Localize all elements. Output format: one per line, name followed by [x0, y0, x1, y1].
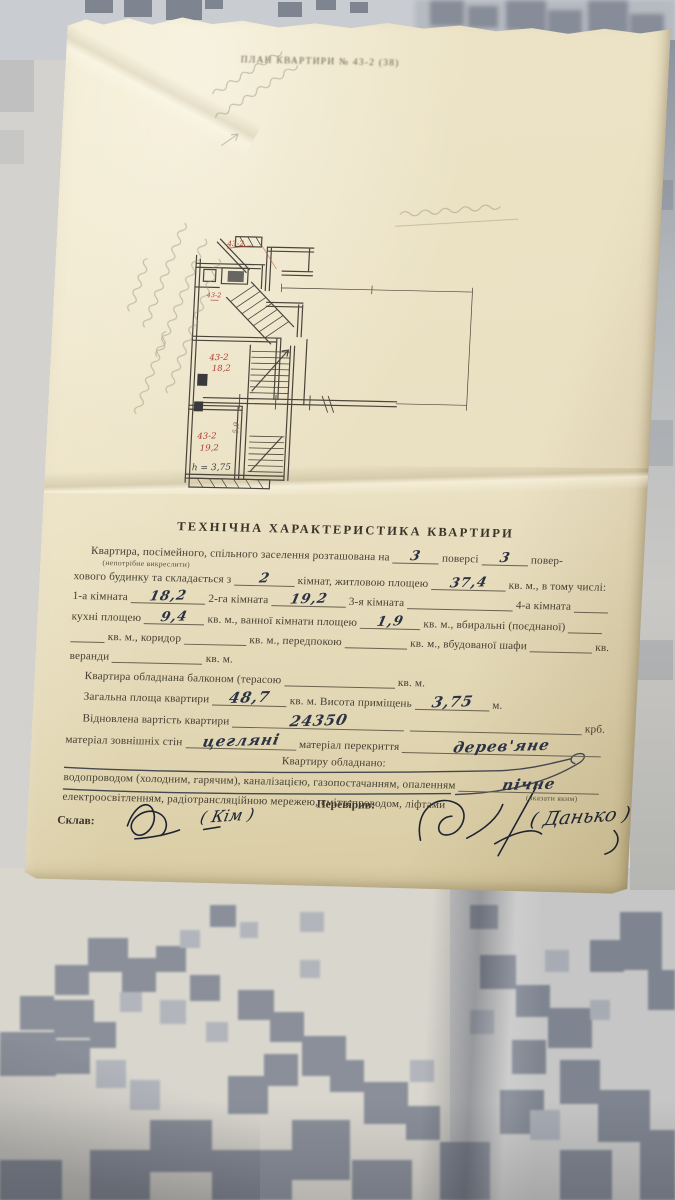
fill-blank: 48,7: [212, 692, 287, 707]
handwritten-value: 1,9: [375, 613, 405, 630]
handwritten-value: 37,4: [448, 574, 489, 591]
printed-text: Квартиру обладнано:: [282, 755, 387, 769]
printed-text: матеріал зовнішніх стін: [65, 734, 183, 748]
handwritten-value: 24350: [288, 711, 349, 731]
handwritten-value: пічне: [501, 775, 558, 794]
printed-text: веранди: [69, 650, 109, 663]
printed-text: крб.: [585, 723, 606, 735]
handwritten-value: 9,4: [159, 609, 189, 626]
checked-by-label: Перевірив:: [316, 798, 375, 811]
fill-blank: 3,75: [415, 696, 490, 711]
paper-sheet: ПЛАН КВАРТИРИ № 43-2 (38): [24, 14, 671, 894]
pencil-margin-note: [121, 46, 526, 423]
fill-blank: 3: [392, 550, 439, 565]
handwritten-value: 3,75: [430, 692, 475, 711]
printed-text: матеріал перекриття: [299, 739, 400, 753]
handwritten-value: 2: [258, 570, 272, 586]
handwritten-value: 3: [498, 550, 512, 566]
printed-text: кв. м., вбудованої шафи: [410, 638, 527, 652]
fill-blank: [568, 620, 603, 635]
fill-blank: 9,4: [144, 610, 205, 625]
fill-blank: [112, 649, 203, 665]
printed-text: кв.: [595, 642, 610, 654]
fill-blank: [407, 595, 513, 611]
fill-blank: 18,2: [131, 589, 206, 604]
printed-text: поверсі: [442, 553, 479, 566]
printed-text: м.: [492, 700, 503, 712]
printed-text: кв. м., передпокою: [249, 634, 342, 648]
fill-blank: 3: [481, 552, 528, 567]
fill-blank: [70, 628, 105, 643]
handwritten-value: 19,2: [288, 591, 329, 608]
fill-blank: 37,4: [431, 576, 506, 591]
fill-blank: 19,2: [271, 592, 346, 607]
form-footnote: (непотрібне викреслити): [102, 558, 190, 569]
fill-blank: [284, 673, 395, 689]
fill-blank: [345, 634, 408, 649]
fill-blank: цегляні: [185, 734, 296, 750]
fill-blank: [574, 599, 609, 614]
handwritten-value: цегляні: [200, 731, 281, 751]
fill-blank: 1,9: [360, 615, 421, 630]
printed-text: 3-я кімната: [349, 596, 405, 609]
printed-text: кв. м., коридор: [108, 631, 182, 644]
printed-text: повер-: [531, 555, 564, 568]
printed-text: 2-га кімната: [208, 593, 269, 606]
made-by-label: Склав:: [57, 814, 95, 827]
signature-made-by: ( Кім ): [198, 805, 256, 827]
printed-text: кухні площею: [71, 611, 141, 624]
fill-blank: [184, 631, 247, 646]
fill-blank: [530, 638, 593, 653]
printed-text: 1-а кімната: [72, 590, 128, 603]
fill-blank: 2: [234, 572, 295, 587]
handwritten-value: 3: [409, 548, 423, 564]
handwritten-value: дерев'яне: [452, 736, 552, 757]
handwritten-value: 18,2: [148, 588, 189, 605]
printed-text: кв. м., в тому числі:: [508, 580, 606, 594]
printed-text: 4-а кімната: [516, 600, 572, 613]
photo-of-document: ПЛАН КВАРТИРИ № 43-2 (38): [0, 0, 675, 1200]
photo-vignette: [0, 1100, 675, 1200]
handwritten-value: 48,7: [227, 688, 272, 707]
